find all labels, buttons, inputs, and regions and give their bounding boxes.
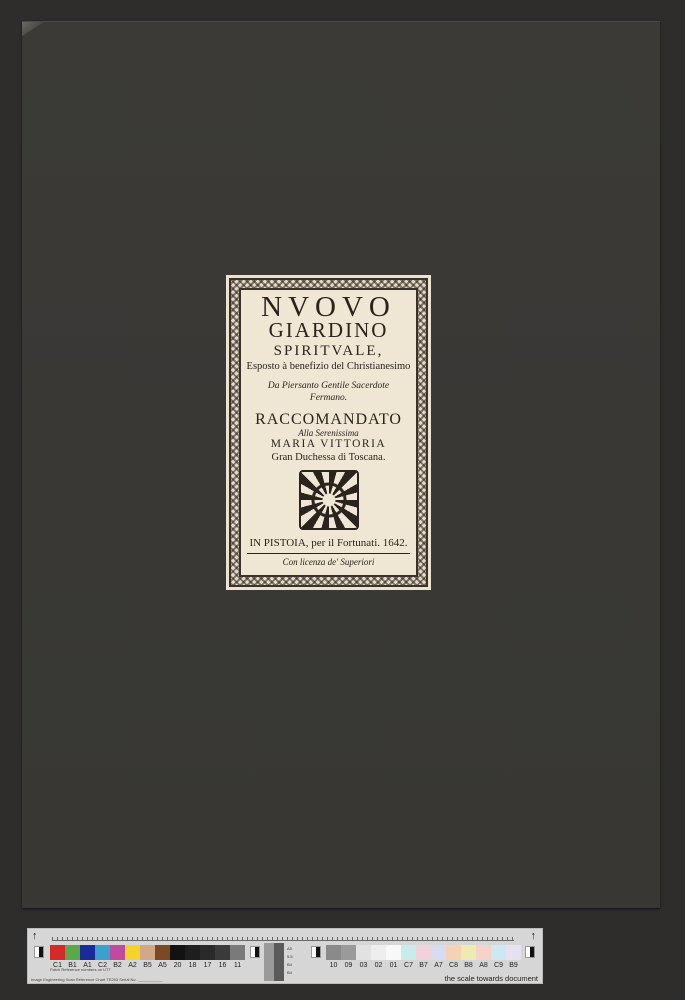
swatch: 03	[356, 945, 371, 970]
calibration-square-icon	[525, 946, 535, 958]
swatch: 18	[185, 945, 200, 970]
swatch-row-2: 10 09 03 02 01 C7 B7 A7 C8 B8 A8 C9 B9	[326, 945, 521, 970]
swatch: 11	[230, 945, 245, 970]
swatch: 01	[386, 945, 401, 970]
title-page: NVOVO GIARDINO SPIRITVALE, Esposto à ben…	[226, 275, 431, 590]
calibration-square-icon	[250, 946, 260, 958]
swatch: B7	[416, 945, 431, 970]
subtitle: Esposto à benefizio del Christianesimo	[241, 360, 416, 373]
dedication-line-2: MARIA VITTORIA	[241, 438, 416, 451]
author-line-2: Fermano.	[241, 392, 416, 404]
calibration-square-icon	[311, 946, 321, 958]
printers-ornament-icon	[299, 470, 359, 530]
title-page-text-block: NVOVO GIARDINO SPIRITVALE, Esposto à ben…	[239, 288, 418, 577]
license-line: Con licenza de' Superiori	[241, 556, 416, 569]
gray-card-labels: A5 5.5 B4 B4	[287, 945, 303, 977]
swatch: B9	[506, 945, 521, 970]
orientation-note: the scale towards document	[445, 974, 538, 983]
swatch: 09	[341, 945, 356, 970]
ruler-scale	[52, 933, 514, 941]
swatch: B8	[461, 945, 476, 970]
title-line-1: NVOVO	[241, 294, 416, 320]
dedication-heading: RACCOMANDATO	[241, 411, 416, 428]
dedication-line-1: Alla Serenissima	[241, 428, 416, 438]
swatch: B5	[140, 945, 155, 970]
swatch: 17	[200, 945, 215, 970]
swatch: A8	[476, 945, 491, 970]
swatch: 10	[326, 945, 341, 970]
gray-card	[264, 943, 284, 981]
swatch: C7	[401, 945, 416, 970]
chart-footer-note: Image Engineering Scan Reference Chart T…	[31, 977, 162, 982]
swatch: B2	[110, 945, 125, 970]
divider	[247, 553, 410, 554]
up-arrow-icon: ↑	[32, 931, 38, 942]
swatch: 20	[170, 945, 185, 970]
swatch: A5	[155, 945, 170, 970]
swatch: 02	[371, 945, 386, 970]
up-arrow-icon: ↑	[531, 931, 537, 942]
title-line-3: SPIRITVALE,	[241, 342, 416, 360]
swatch: A7	[431, 945, 446, 970]
swatch: 16	[215, 945, 230, 970]
swatch: A2	[125, 945, 140, 970]
dedication-line-3: Gran Duchessa di Toscana.	[241, 451, 416, 465]
calibration-square-icon	[34, 946, 44, 958]
swatch: C8	[446, 945, 461, 970]
title-line-2: GIARDINO	[241, 320, 416, 340]
imprint: IN PISTOIA, per il Fortunati. 1642.	[241, 536, 416, 550]
color-reference-chart: ↑ ↑ C1 B1 A1 C2 B2 A2 B5 A5 20 18 17 16 …	[27, 928, 543, 984]
swatch: C9	[491, 945, 506, 970]
author-line-1: Da Piersanto Gentile Sacerdote	[241, 380, 416, 392]
patch-note: Patch Reference numbers on UTT	[50, 967, 111, 972]
